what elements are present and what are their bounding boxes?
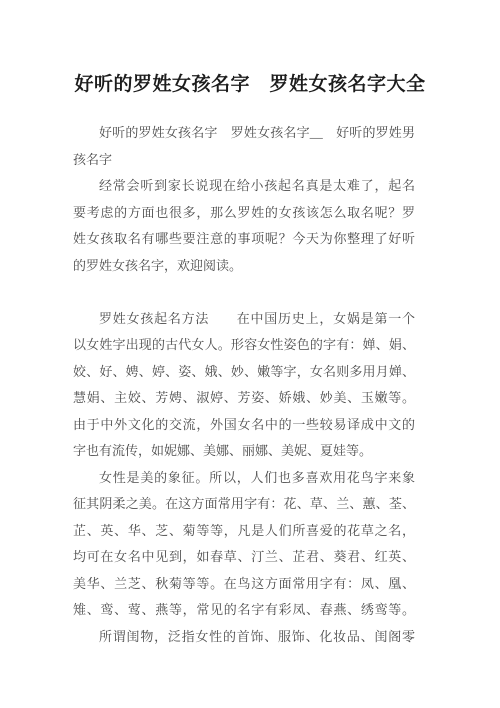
text-line: 慧娟、主姣、芳娉、淑婷、芳姿、娇娥、妙美、玉嫩等。 [73, 385, 415, 412]
text-line: 芷、英、华、芝、菊等等，凡是人们所喜爱的花草之名， [73, 518, 415, 545]
text-line: 经常会听到家长说现在给小孩起名真是太难了，起名 [73, 173, 415, 200]
text-line: 要考虑的方面也很多，那么罗姓的女孩该怎么取名呢？罗 [73, 200, 415, 227]
text-line: 字也有流传，如妮娜、美娜、丽娜、美妮、夏娃等。 [73, 438, 415, 465]
text-line: 姣、好、娉、婷、姿、娥、妙、嫩等字，女名则多用月婵、 [73, 359, 415, 386]
text-line: 女性是美的象征。所以，人们也多喜欢用花鸟字来象 [73, 465, 415, 492]
text-line: 姓女孩取名有哪些要注意的事项呢？今天为你整理了好听 [73, 226, 415, 253]
text-line: 美华、兰芝、秋菊等等。在鸟这方面常用字有：凤、凰、 [73, 571, 415, 598]
text-line: 雉、鸾、莺、燕等，常见的名字有彩凤、春燕、绣鸾等。 [73, 597, 415, 624]
text-line: 均可在女名中见到，如春草、汀兰、芷君、葵君、红英、 [73, 544, 415, 571]
text-line: 孩名字 [73, 147, 415, 174]
paragraph: 经常会听到家长说现在给小孩起名真是太难了，起名要考虑的方面也很多，那么罗姓的女孩… [73, 173, 415, 279]
text-line: 的罗姓女孩名字，欢迎阅读。 [73, 253, 415, 280]
paragraph: 罗姓女孩起名方法 在中国历史上，女娲是第一个以女姓字出现的古代女人。形容女性姿色… [73, 306, 415, 465]
text-line: 罗姓女孩起名方法 在中国历史上，女娲是第一个 [73, 306, 415, 333]
paragraph: 所谓闺物，泛指女性的首饰、服饰、化妆品、闺阁零 [73, 624, 415, 651]
text-line: 由于中外文化的交流，外国女名中的一些较易译成中文的 [73, 412, 415, 439]
paragraph: 好听的罗姓女孩名字 罗姓女孩名字__ 好听的罗姓男孩名字 [73, 120, 415, 173]
paragraph: 女性是美的象征。所以，人们也多喜欢用花鸟字来象征其阴柔之美。在这方面常用字有：花… [73, 465, 415, 624]
document-page: 好听的罗姓女孩名字 罗姓女孩名字大全 好听的罗姓女孩名字 罗姓女孩名字__ 好听… [0, 0, 500, 708]
text-line: 征其阴柔之美。在这方面常用字有：花、草、兰、蕙、荃、 [73, 491, 415, 518]
text-line: 好听的罗姓女孩名字 罗姓女孩名字__ 好听的罗姓男 [73, 120, 415, 147]
document-title: 好听的罗姓女孩名字 罗姓女孩名字大全 [0, 0, 500, 98]
document-body: 好听的罗姓女孩名字 罗姓女孩名字__ 好听的罗姓男孩名字经常会听到家长说现在给小… [73, 120, 415, 650]
text-line: 以女姓字出现的古代女人。形容女性姿色的字有：婵、娟、 [73, 332, 415, 359]
text-line: 所谓闺物，泛指女性的首饰、服饰、化妆品、闺阁零 [73, 624, 415, 651]
